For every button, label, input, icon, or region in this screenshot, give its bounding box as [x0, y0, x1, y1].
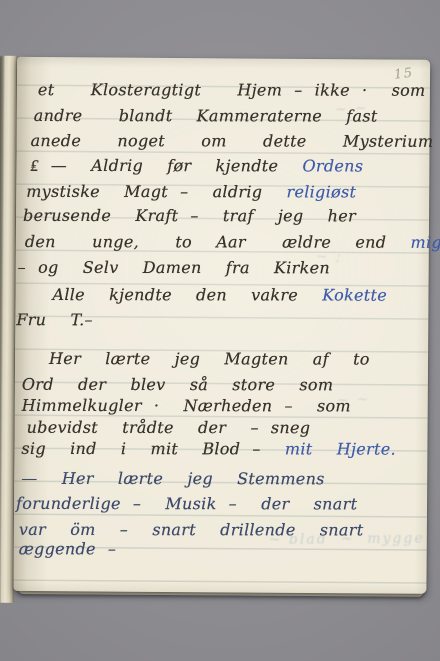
manuscript-line: forunderlige – Musik – der snart: [16, 495, 357, 514]
manuscript-line: Ord der blev så store som: [22, 376, 333, 395]
manuscript-line: andre blandt Kammeraterne fast: [34, 107, 378, 126]
notebook-page: ~ ~~ ;~ ~~ blad ~ mygge et Klosteragtigt…: [13, 57, 430, 594]
manuscript-line: Fru T.–: [16, 311, 93, 330]
manuscript-line: – og Selv Damen fra Kirken: [18, 259, 330, 278]
page-number: 15: [394, 66, 415, 83]
manuscript-line: var öm – snart drillende snart: [19, 521, 364, 540]
notebook: ~ ~~ ;~ ~~ blad ~ mygge et Klosteragtigt…: [0, 0, 440, 661]
manuscript-line: Alle kjendte den vakre Kokette: [52, 286, 387, 305]
manuscript-line: ₤ — Aldrig før kjendte Ordens: [30, 157, 363, 176]
manuscript-line: berusende Kraft – traf jeg her: [23, 207, 356, 226]
manuscript-line: æggende –: [19, 540, 117, 559]
manuscript-line: anede noget om dette Mysterium: [31, 132, 434, 151]
manuscript-line: den unge, to Aar ældre end mig: [25, 233, 440, 252]
manuscript-line: Her lærte jeg Magten af to: [49, 350, 370, 369]
manuscript-line: mystiske Magt – aldrig religiøst: [26, 183, 356, 202]
manuscript-text: et Klosteragtigt Hjem – ikke · somandre …: [13, 57, 430, 594]
manuscript-line: — Her lærte jeg Stemmens: [21, 470, 325, 489]
manuscript-line: et Klosteragtigt Hjem – ikke · som: [38, 81, 426, 100]
manuscript-line: sig ind i mit Blod – mit Hjerte.: [21, 440, 395, 459]
manuscript-line: Himmelkugler · Nærheden – som: [22, 397, 351, 416]
manuscript-line: ubevidst trådte der – sneg: [27, 419, 311, 438]
